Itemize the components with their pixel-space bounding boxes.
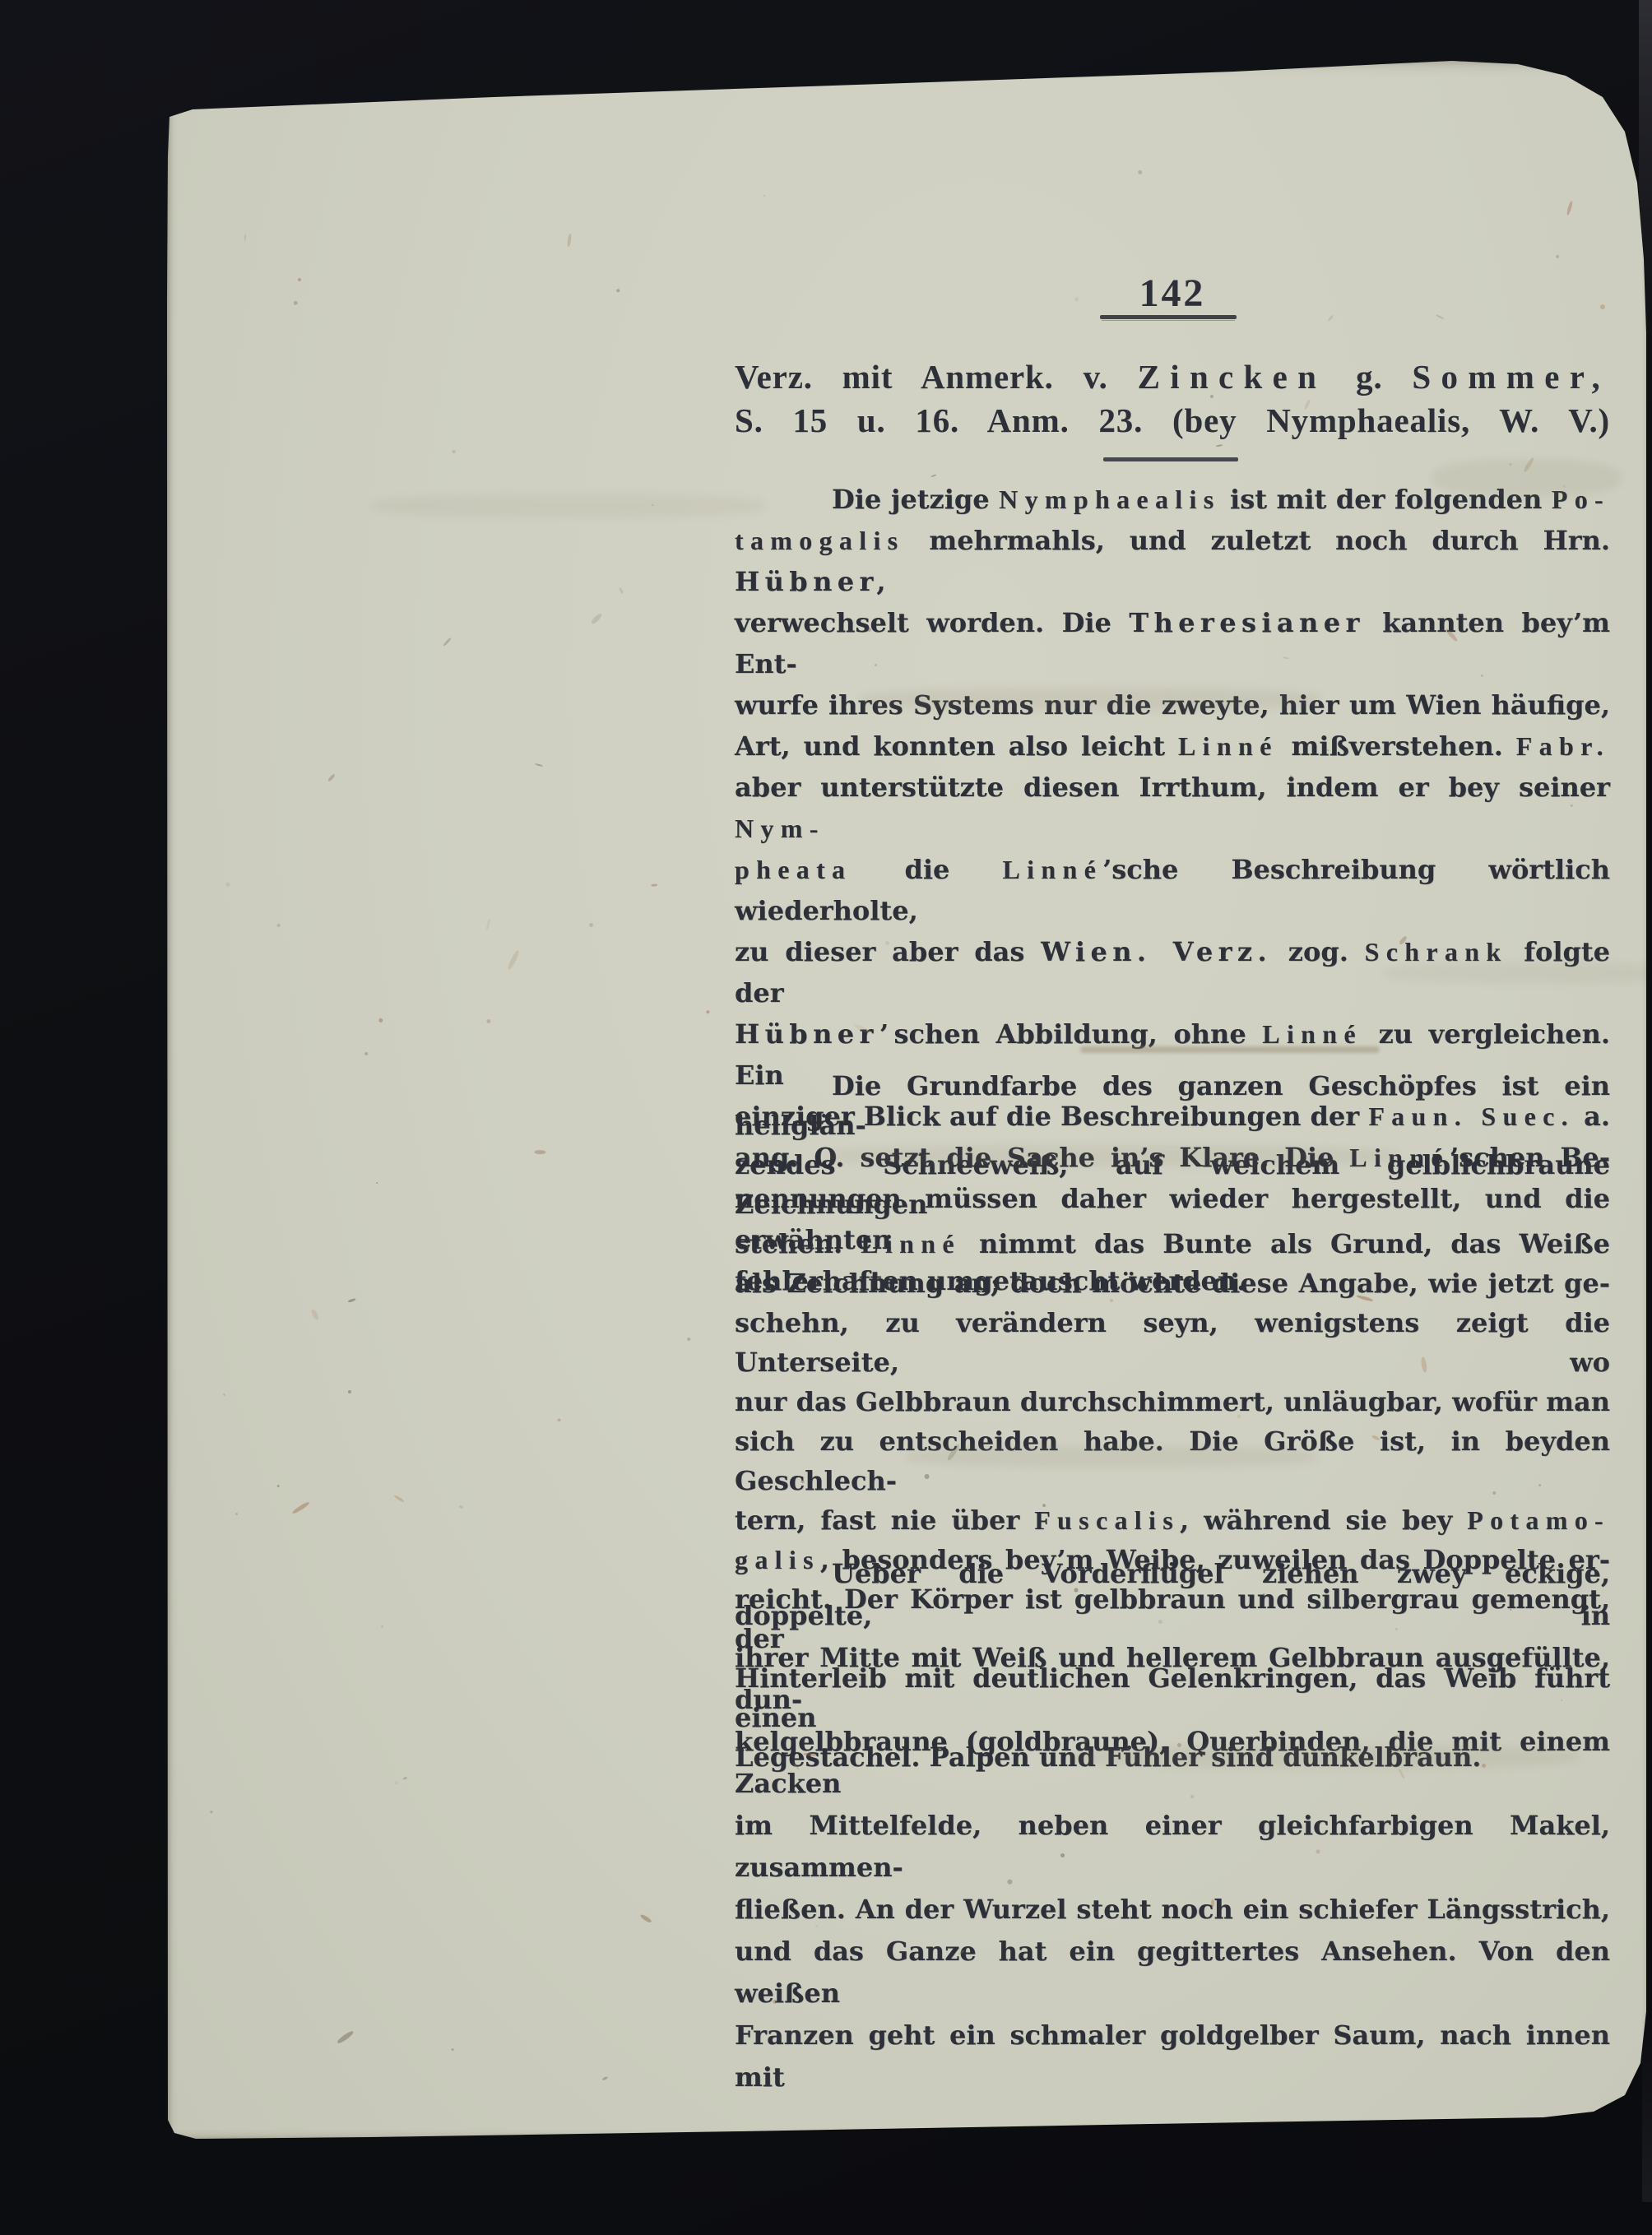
text-segment-roman: g.: [1326, 358, 1412, 396]
paper-speck: [394, 1495, 405, 1502]
paragraph-2-line: schehn, zu verändern seyn, wenigstens ze…: [735, 1303, 1610, 1382]
paragraph-3-line: ihrer Mitte mit Weiß und hellerem Gelbbr…: [735, 1637, 1610, 1721]
paper-speck: [619, 587, 624, 593]
paragraph-1-line: verwechselt worden. Die Theresianer kann…: [735, 602, 1610, 684]
text-segment-fraktur: im Mittelfelde, neben einer gleichfarbig…: [735, 1810, 1610, 1883]
text-segment-fraktur: mehrmahls, und zuletzt noch durch Hrn.: [904, 525, 1610, 556]
text-segment-antiqua: pheata: [735, 855, 852, 884]
paragraph-2-line: als Zeichnung an; doch möchte diese Anga…: [735, 1264, 1610, 1303]
paper-speck: [376, 1182, 378, 1185]
text-segment-fraktur: Die jetzige: [832, 484, 999, 515]
paper-speck: [452, 2047, 454, 2050]
paper-speck: [485, 918, 490, 930]
paragraph-2-line: Die Grundfarbe des ganzen Geschöpfes ist…: [735, 1066, 1610, 1145]
paper-speck: [293, 301, 298, 306]
paragraph-3-line: fließen. An der Wurzel steht noch ein sc…: [735, 1889, 1610, 1931]
showthrough-divider: [1080, 1046, 1380, 1053]
header-line: Verz. mit Anmerk. v. Zincken g. Sommer,: [735, 355, 1610, 399]
paper-speck: [209, 1811, 213, 1815]
showthrough-smudge: [1382, 962, 1652, 984]
text-segment-fraktur: aber unterstützte diesen Irrthum, indem …: [735, 772, 1610, 803]
text-segment-fraktur: als Zeichnung an; doch möchte diese Anga…: [735, 1268, 1610, 1299]
paper-speck: [459, 1505, 464, 1509]
paragraph-1-line: Art, und konnten also leicht Linné mißve…: [735, 726, 1610, 767]
text-segment-fraktur: fließen. An der Wurzel steht noch ein sc…: [735, 1894, 1610, 1925]
showthrough-smudge: [823, 1145, 1399, 1166]
paper-speck: [651, 883, 657, 886]
paper-speck: [1368, 1603, 1371, 1606]
paper-speck: [225, 882, 231, 888]
paper-speck: [1492, 1491, 1497, 1495]
text-segment-antiqua: Nymphaealis: [999, 485, 1220, 514]
text-segment-fraktur: stehen.: [735, 1228, 861, 1259]
showthrough-smudge: [860, 688, 1320, 711]
paper-speck: [590, 612, 602, 624]
scanned-page: 142 Verz. mit Anmerk. v. Zincken g. Somm…: [165, 58, 1650, 2143]
book-edge-shadow-bottom: [1642, 2021, 1652, 2202]
page-number: 142: [735, 275, 1610, 313]
paragraph-3-line: Ueber die Vorderflügel ziehen zwey eckig…: [735, 1553, 1610, 1637]
text-segment-spaced-fraktur: Wien. Verz.: [1041, 936, 1272, 967]
text-segment-spaced-fraktur: Hübner,: [735, 566, 891, 597]
paper-speck: [567, 234, 572, 248]
text-segment-fraktur: tern, fast nie über: [735, 1505, 1034, 1536]
paragraph-3-line: im Mittelfelde, neben einer gleichfarbig…: [735, 1805, 1610, 1889]
paper-speck: [1084, 1739, 1088, 1743]
text-segment-roman: Verz. mit Anmerk. v.: [735, 358, 1138, 396]
paragraph-3-line: und das Ganze hat ein gegittertes Ansehe…: [735, 1931, 1610, 2015]
text-segment-fraktur: Franzen geht ein schmaler goldgelber Sau…: [735, 2019, 1610, 2093]
paragraph-1-line: pheata die Linné’sche Beschreibung wörtl…: [735, 849, 1610, 931]
header-line: S. 15 u. 16. Anm. 23. (bey Nymphaealis, …: [735, 399, 1610, 443]
text-segment-fraktur: , während sie bey: [1180, 1505, 1467, 1536]
paper-speck: [535, 763, 543, 767]
text-segment-spaced-roman: Sommer,: [1412, 358, 1610, 396]
paper-speck: [602, 2076, 608, 2080]
text-segment-antiqua: tamogalis: [735, 526, 904, 555]
text-segment-fraktur: zog.: [1272, 936, 1365, 967]
header-divider-rule: [1103, 457, 1238, 461]
text-column: 142 Verz. mit Anmerk. v. Zincken g. Somm…: [735, 58, 1610, 2143]
paper-speck: [686, 1338, 691, 1342]
paper-speck: [1211, 1899, 1214, 1908]
paper-speck: [507, 950, 521, 971]
scanned-book-photo: 142 Verz. mit Anmerk. v. Zincken g. Somm…: [0, 0, 1652, 2235]
paper-speck: [615, 288, 620, 293]
text-segment-spaced-fraktur: Theresianer: [1129, 607, 1364, 638]
paper-speck: [327, 773, 336, 782]
paper-speck: [380, 1625, 383, 1629]
paper-speck: [1042, 1504, 1046, 1508]
text-segment-roman: S. 15 u. 16. Anm. 23. (bey Nymphaealis, …: [735, 401, 1610, 439]
paper-speck: [310, 1308, 320, 1320]
paragraph-3: Ueber die Vorderflügel ziehen zwey eckig…: [735, 1553, 1610, 2098]
text-segment-fraktur: nur das Gelbbraun durchschimmert, unläug…: [735, 1386, 1610, 1417]
paper-speck: [222, 1393, 225, 1397]
text-segment-spaced-roman: Zincken: [1138, 358, 1327, 396]
paragraph-2-line: nur das Gelbbraun durchschimmert, unläug…: [735, 1382, 1610, 1421]
text-segment-antiqua: Potamo-: [1467, 1505, 1610, 1535]
paper-speck: [1074, 1588, 1079, 1592]
paper-speck: [297, 277, 302, 282]
paragraph-1-line: aber unterstützte diesen Irrthum, indem …: [735, 767, 1610, 849]
paper-speck: [276, 1485, 280, 1488]
paper-speck: [291, 1500, 310, 1515]
paragraph-2-line: tern, fast nie über Fuscalis, während si…: [735, 1500, 1610, 1540]
paper-speck: [640, 1914, 652, 1924]
paper-speck: [395, 1780, 398, 1783]
text-segment-antiqua: Fuscalis: [1034, 1505, 1180, 1535]
paper-speck: [589, 923, 593, 927]
paragraph-3-line: Franzen geht ein schmaler goldgelber Sau…: [735, 2015, 1610, 2098]
text-segment-fraktur: Die Grundfarbe des ganzen Geschöpfes ist…: [735, 1070, 1610, 1141]
text-segment-antiqua: Nym-: [735, 814, 825, 843]
text-segment-fraktur: mißverstehen.: [1278, 730, 1516, 762]
paragraph-1-line: tamogalis mehrmahls, und zuletzt noch du…: [735, 520, 1610, 602]
text-segment-fraktur: die: [852, 854, 1002, 885]
showthrough-smudge: [370, 494, 765, 518]
text-segment-fraktur: verwechselt worden. Die: [735, 607, 1129, 638]
paragraph-2-line: stehen. Linné nimmt das Bunte als Grund,…: [735, 1224, 1610, 1264]
showthrough-smudge: [905, 1446, 1316, 1468]
paper-speck: [364, 1052, 369, 1056]
paper-speck: [378, 1018, 383, 1023]
reference-header: Verz. mit Anmerk. v. Zincken g. Sommer,S…: [735, 355, 1610, 443]
text-segment-fraktur: schen Abbildung, ohne: [893, 1018, 1262, 1050]
paper-speck: [347, 1298, 356, 1303]
paper-speck: [443, 638, 452, 647]
text-segment-fraktur: und das Ganze hat ein gegittertes Ansehe…: [735, 1936, 1610, 2009]
text-segment-antiqua: Linné: [1002, 855, 1102, 884]
paper-speck: [773, 2000, 777, 2004]
paper-speck: [535, 1150, 546, 1155]
paper-speck: [336, 2029, 355, 2044]
paper-speck: [234, 1513, 238, 1516]
page-number-underline: [1100, 315, 1237, 319]
paper-speck: [348, 1390, 351, 1393]
text-segment-fraktur: schehn, zu verändern seyn, wenigstens ze…: [735, 1307, 1610, 1378]
paper-speck: [244, 233, 246, 240]
text-segment-fraktur: Ueber die Vorderflügel ziehen zwey eckig…: [735, 1558, 1610, 1631]
text-segment-antiqua: Fabr.: [1516, 731, 1610, 761]
paper-speck: [705, 1009, 710, 1014]
text-segment-antiqua: Linné: [1178, 731, 1278, 761]
text-segment-fraktur: nimmt das Bunte als Grund, das Weiße: [961, 1228, 1610, 1259]
paper-speck: [452, 450, 456, 453]
paper-speck: [800, 1479, 804, 1482]
paper-speck: [402, 1776, 407, 1779]
text-segment-fraktur: Art, und konnten also leicht: [735, 730, 1178, 762]
paper-speck: [556, 1417, 561, 1422]
paper-speck: [276, 923, 281, 927]
paper-speck: [1510, 463, 1512, 466]
paper-speck: [486, 1018, 491, 1023]
text-segment-antiqua: Linné: [1262, 1019, 1362, 1049]
showthrough-smudge: [1070, 1746, 1580, 1769]
text-segment-fraktur: ihrer Mitte mit Weiß und hellerem Gelbbr…: [735, 1642, 1610, 1715]
